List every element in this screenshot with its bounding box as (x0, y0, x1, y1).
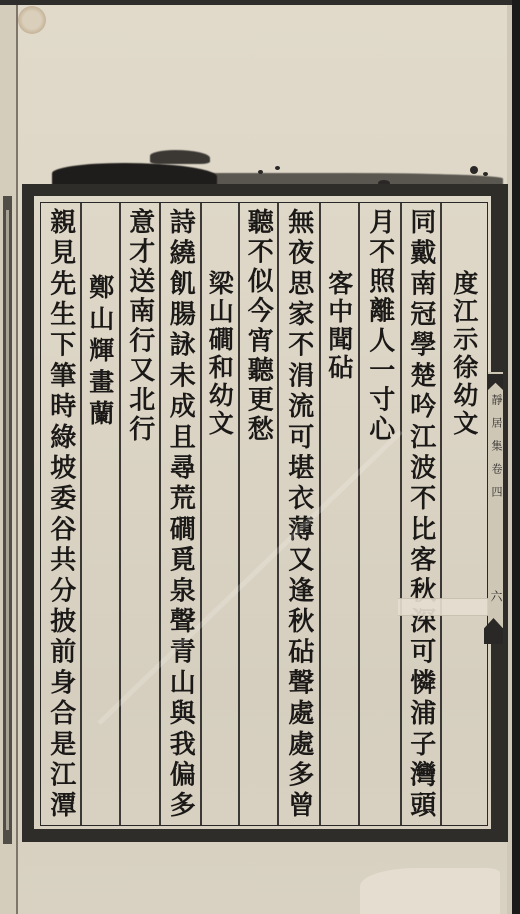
scan-right-edge (512, 0, 520, 914)
ink-speck (483, 172, 488, 176)
poem-title: 客中聞砧 (325, 270, 353, 826)
verse-column: 詩繞飢腸詠未成且尋荒磵覓泉聲青山與我偏多 (160, 202, 200, 826)
verse-column: 月不照離人一寸心 (359, 202, 400, 826)
verse-text: 意才送南行又北行 (125, 208, 154, 826)
margin-page-number: 六 (489, 590, 503, 602)
paper-repair-strip (398, 598, 488, 616)
ink-speck (470, 166, 478, 174)
poem-title-column: 梁山磵和幼文 (201, 202, 238, 826)
verse-column: 同戴南冠學楚吟江波不比客秋深可憐浦子灣頭 (401, 202, 440, 826)
verse-text: 同戴南冠學楚吟江波不比客秋深可憐浦子灣頭 (406, 208, 435, 826)
poem-title-column: 客中聞砧 (320, 202, 358, 826)
poem-title: 度江示徐幼文 (450, 270, 478, 826)
verse-text: 詩繞飢腸詠未成且尋荒磵覓泉聲青山與我偏多 (166, 208, 195, 826)
verse-column: 意才送南行又北行 (120, 202, 159, 826)
previous-page-frame-gap (6, 210, 9, 830)
poem-title-column: 鄭山輝畫蘭 (81, 202, 119, 826)
margin-book-title: 靜居集卷四 (489, 394, 503, 509)
verse-text: 親見先生下筆時綠坡委谷共分披前身合是江潭 (46, 208, 75, 826)
ink-speck (258, 170, 263, 174)
verse-column: 親見先生下筆時綠坡委谷共分披前身合是江潭 (41, 202, 80, 826)
poem-title-column: 度江示徐幼文 (441, 202, 487, 826)
page-fold-line (16, 5, 18, 914)
verse-text: 月不照離人一寸心 (365, 208, 394, 826)
poem-title: 梁山磵和幼文 (206, 270, 234, 826)
ink-smudge (150, 150, 210, 164)
verse-text: 聽不似今宵聽更愁 (244, 208, 273, 826)
water-stain (18, 6, 46, 34)
verse-column: 聽不似今宵聽更愁 (239, 202, 277, 826)
poem-title: 鄭山輝畫蘭 (86, 274, 114, 826)
ink-speck (275, 166, 280, 170)
paper-stain-bottom (360, 868, 500, 914)
